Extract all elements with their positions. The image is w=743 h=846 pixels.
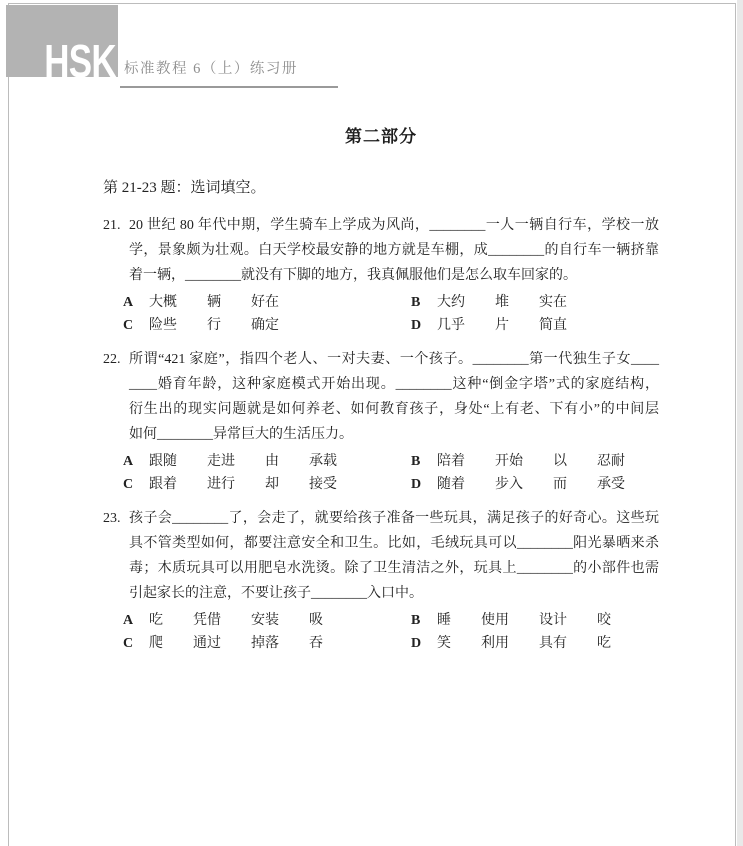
options-grid: A 跟随 走进 由 承载 B 陪着 开始 以 忍耐 C — [123, 450, 659, 496]
option-word: 吃 — [149, 609, 163, 632]
question-text-line: 衍生出的现实问题就是如何养老、如何教育孩子，身处“上有老、下有小”的中间层 — [129, 397, 659, 422]
option-word: 却 — [265, 473, 279, 496]
option-a: A 大概 辆 好在 — [123, 291, 411, 314]
workbook-page: 第二部分 第 21-23 题：选词填空。 21. 20 世纪 80 年代中期，学… — [8, 3, 736, 846]
option-word: 吞 — [309, 632, 323, 655]
question-body: 20 世纪 80 年代中期，学生骑车上学成为风尚，________一人一辆自行车… — [129, 213, 659, 337]
book-title: 标准教程 6（上）练习册 — [124, 57, 298, 78]
page-content: 第二部分 第 21-23 题：选词填空。 21. 20 世纪 80 年代中期，学… — [103, 122, 659, 665]
option-word: 吃 — [597, 632, 611, 655]
option-letter: C — [123, 632, 140, 655]
question-text-line: 孩子会________了，会走了，就要给孩子准备一些玩具，满足孩子的好奇心。这些… — [129, 506, 659, 531]
option-word: 几乎 — [437, 314, 465, 337]
option-word: 由 — [265, 450, 279, 473]
option-word: 好在 — [251, 291, 279, 314]
question-23: 23. 孩子会________了，会走了，就要给孩子准备一些玩具，满足孩子的好奇… — [103, 506, 659, 655]
question-body: 所谓“421 家庭”，指四个老人、一对夫妻、一个孩子。________第一代独生… — [129, 347, 659, 496]
option-d: D 笑 利用 具有 吃 — [411, 632, 659, 655]
option-word: 忍耐 — [597, 450, 625, 473]
question-text-line: 20 世纪 80 年代中期，学生骑车上学成为风尚，________一人一辆自行车… — [129, 213, 659, 238]
option-word: 通过 — [193, 632, 221, 655]
question-body: 孩子会________了，会走了，就要给孩子准备一些玩具，满足孩子的好奇心。这些… — [129, 506, 659, 655]
option-word: 跟着 — [149, 473, 177, 496]
option-word: 凭借 — [193, 609, 221, 632]
option-word: 步入 — [495, 473, 523, 496]
question-text-line: 如何________异常巨大的生活压力。 — [129, 422, 659, 447]
option-c: C 爬 通过 掉落 吞 — [123, 632, 411, 655]
option-letter: A — [123, 291, 140, 314]
option-word: 掉落 — [251, 632, 279, 655]
option-a: A 吃 凭借 安装 吸 — [123, 609, 411, 632]
option-word: 大约 — [437, 291, 465, 314]
option-word: 确定 — [251, 314, 279, 337]
option-letter: C — [123, 473, 140, 496]
option-letter: C — [123, 314, 140, 337]
option-word: 开始 — [495, 450, 523, 473]
header-underline — [120, 86, 338, 88]
option-d: D 几乎 片 简直 — [411, 314, 659, 337]
option-word: 使用 — [481, 609, 509, 632]
question-text-line: 学，景象颇为壮观。白天学校最安静的地方就是车棚，成________的自行车一辆挤… — [129, 238, 659, 263]
hsk-logo: HSK — [44, 44, 118, 77]
option-word: 睡 — [437, 609, 451, 632]
option-word: 而 — [553, 473, 567, 496]
option-word: 进行 — [207, 473, 235, 496]
option-word: 简直 — [539, 314, 567, 337]
question-text-line: 着一辆，________就没有下脚的地方，我真佩服他们是怎么取车回家的。 — [129, 263, 659, 288]
option-c: C 险些 行 确定 — [123, 314, 411, 337]
option-b: B 睡 使用 设计 咬 — [411, 609, 659, 632]
question-text-line: 具不管类型如何，都要注意安全和卫生。比如，毛绒玩具可以________阳光暴晒来… — [129, 531, 659, 556]
option-word: 具有 — [539, 632, 567, 655]
scan-edge-shadow — [737, 0, 743, 846]
option-word: 片 — [495, 314, 509, 337]
option-word: 实在 — [539, 291, 567, 314]
options-grid: A 大概 辆 好在 B 大约 堆 实在 C 险些 行 — [123, 291, 659, 337]
option-d: D 随着 步入 而 承受 — [411, 473, 659, 496]
option-letter: D — [411, 314, 428, 337]
option-letter: A — [123, 450, 140, 473]
option-c: C 跟着 进行 却 接受 — [123, 473, 411, 496]
question-text-line: 所谓“421 家庭”，指四个老人、一对夫妻、一个孩子。________第一代独生… — [129, 347, 659, 372]
option-letter: B — [411, 291, 428, 314]
option-word: 以 — [553, 450, 567, 473]
option-b: B 陪着 开始 以 忍耐 — [411, 450, 659, 473]
option-letter: A — [123, 609, 140, 632]
option-letter: D — [411, 473, 428, 496]
option-word: 堆 — [495, 291, 509, 314]
exercise-instruction: 第 21-23 题：选词填空。 — [103, 176, 659, 197]
options-grid: A 吃 凭借 安装 吸 B 睡 使用 设计 咬 C — [123, 609, 659, 655]
option-word: 接受 — [309, 473, 337, 496]
option-word: 随着 — [437, 473, 465, 496]
option-word: 爬 — [149, 632, 163, 655]
option-word: 大概 — [149, 291, 177, 314]
question-text-line: 毒；木质玩具可以用肥皂水洗烫。除了卫生清洁之外，玩具上________的小部件也… — [129, 556, 659, 581]
option-word: 笑 — [437, 632, 451, 655]
option-word: 险些 — [149, 314, 177, 337]
option-word: 设计 — [539, 609, 567, 632]
option-letter: D — [411, 632, 428, 655]
option-word: 咬 — [597, 609, 611, 632]
option-word: 辆 — [207, 291, 221, 314]
question-text-line: 引起家长的注意，不要让孩子________入口中。 — [129, 581, 659, 606]
option-word: 承受 — [597, 473, 625, 496]
option-letter: B — [411, 450, 428, 473]
option-word: 吸 — [309, 609, 323, 632]
question-22: 22. 所谓“421 家庭”，指四个老人、一对夫妻、一个孩子。________第… — [103, 347, 659, 496]
option-word: 行 — [207, 314, 221, 337]
option-word: 安装 — [251, 609, 279, 632]
option-word: 利用 — [481, 632, 509, 655]
option-word: 承载 — [309, 450, 337, 473]
option-word: 陪着 — [437, 450, 465, 473]
option-a: A 跟随 走进 由 承载 — [123, 450, 411, 473]
question-text-line: ____婚育年龄，这种家庭模式开始出现。________这种“倒金字塔”式的家庭… — [129, 372, 659, 397]
option-b: B 大约 堆 实在 — [411, 291, 659, 314]
option-letter: B — [411, 609, 428, 632]
option-word: 跟随 — [149, 450, 177, 473]
question-21: 21. 20 世纪 80 年代中期，学生骑车上学成为风尚，________一人一… — [103, 213, 659, 337]
section-title: 第二部分 — [103, 122, 659, 147]
option-word: 走进 — [207, 450, 235, 473]
hsk-logo-block: HSK — [6, 5, 118, 77]
